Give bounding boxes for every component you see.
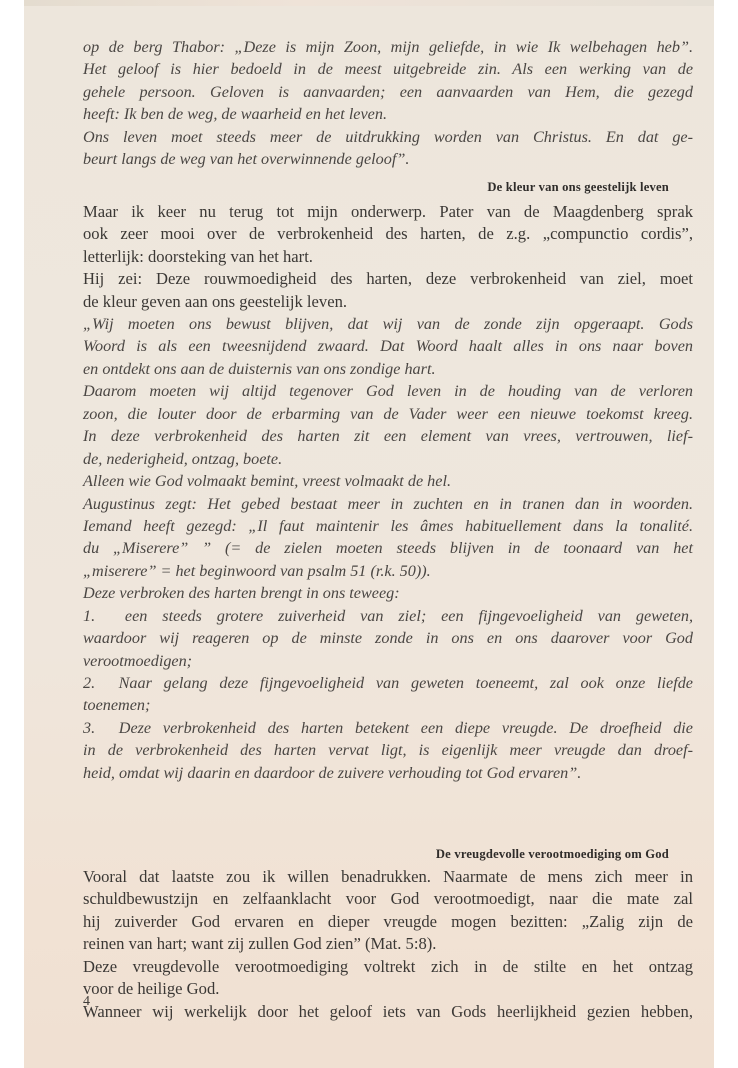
text-line: hij zuiverder God ervaren en dieper vreu…: [83, 911, 693, 933]
text-line: In deze verbrokenheid des harten zit een…: [83, 425, 693, 447]
text-line: Deze verbroken des harten brengt in ons …: [83, 582, 693, 604]
text-line: verootmoedigen;: [83, 650, 693, 672]
book-page: op de berg Thabor: „Deze is mijn Zoon, m…: [24, 0, 714, 1068]
text-line: Alleen wie God volmaakt bemint, vreest v…: [83, 470, 693, 492]
text-line: heid, omdat wij daarin en daardoor de zu…: [83, 762, 693, 784]
text-line: Het geloof is hier bedoeld in de meest u…: [83, 58, 693, 80]
text-line: de kleur geven aan ons geestelijk leven.: [83, 291, 693, 313]
text-line: op de berg Thabor: „Deze is mijn Zoon, m…: [83, 36, 693, 58]
text-line: Augustinus zegt: Het gebed bestaat meer …: [83, 493, 693, 515]
page-number: 4: [83, 994, 90, 1010]
text-line: Woord is als een tweesnijdend zwaard. Da…: [83, 335, 693, 357]
text-line: ook zeer mooi over de verbrokenheid des …: [83, 223, 693, 245]
text-line: Maar ik keer nu terug tot mijn onderwerp…: [83, 201, 693, 223]
text-line: de, nederigheid, ontzag, boete.: [83, 448, 693, 470]
text-line: reinen van hart; want zij zullen God zie…: [83, 933, 693, 955]
text-line: in de verbrokenheid des harten vervat li…: [83, 739, 693, 761]
list-item-3: 3. Deze verbrokenheid des harten beteken…: [83, 717, 693, 739]
text-line: du „Miserere” ” (= de zielen moeten stee…: [83, 537, 693, 559]
section-heading: De kleur van ons geestelijk leven: [487, 180, 669, 195]
section-heading: De vreugdevolle verootmoediging om God: [436, 847, 669, 862]
text-line: zoon, die louter door de erbarming van d…: [83, 403, 693, 425]
list-item-1: 1. een steeds grotere zuiverheid van zie…: [83, 605, 693, 627]
text-line: Vooral dat laatste zou ik willen benadru…: [83, 866, 693, 888]
text-line: toenemen;: [83, 694, 693, 716]
text-line: Daarom moeten wij altijd tegenover God l…: [83, 380, 693, 402]
text-line: Deze vreugdevolle verootmoediging voltre…: [83, 956, 693, 978]
opening-quote-block: op de berg Thabor: „Deze is mijn Zoon, m…: [83, 36, 693, 171]
text-line: „miserere” = het beginwoord van psalm 51…: [83, 560, 693, 582]
list-item-2: 2. Naar gelang deze fijngevoeligheid van…: [83, 672, 693, 694]
text-line: Iemand heeft gezegd: „Il faut maintenir …: [83, 515, 693, 537]
text-line: waardoor wij reageren op de minste zonde…: [83, 627, 693, 649]
text-line: gehele persoon. Geloven is aanvaarden; e…: [83, 81, 693, 103]
section1-italic-quote: „Wij moeten ons bewust blijven, dat wij …: [83, 313, 693, 784]
text-line: schuldbewustzijn en zelfaanklacht voor G…: [83, 888, 693, 910]
text-line: Wanneer wij werkelijk door het geloof ie…: [83, 1001, 693, 1023]
text-line: heeft: Ik ben de weg, de waarheid en het…: [83, 103, 693, 125]
text-line: Ons leven moet steeds meer de uitdrukkin…: [83, 126, 693, 148]
text-line: en ontdekt ons aan de duisternis van ons…: [83, 358, 693, 380]
text-line: letterlijk: doorsteking van het hart.: [83, 246, 693, 268]
section2-roman-paragraph: Vooral dat laatste zou ik willen benadru…: [83, 866, 693, 1023]
text-line: Hij zei: Deze rouwmoedigheid des harten,…: [83, 268, 693, 290]
section1-roman-paragraph: Maar ik keer nu terug tot mijn onderwerp…: [83, 201, 693, 313]
text-line: „Wij moeten ons bewust blijven, dat wij …: [83, 313, 693, 335]
text-line: beurt langs de weg van het overwinnende …: [83, 148, 693, 170]
text-line: voor de heilige God.: [83, 978, 693, 1000]
